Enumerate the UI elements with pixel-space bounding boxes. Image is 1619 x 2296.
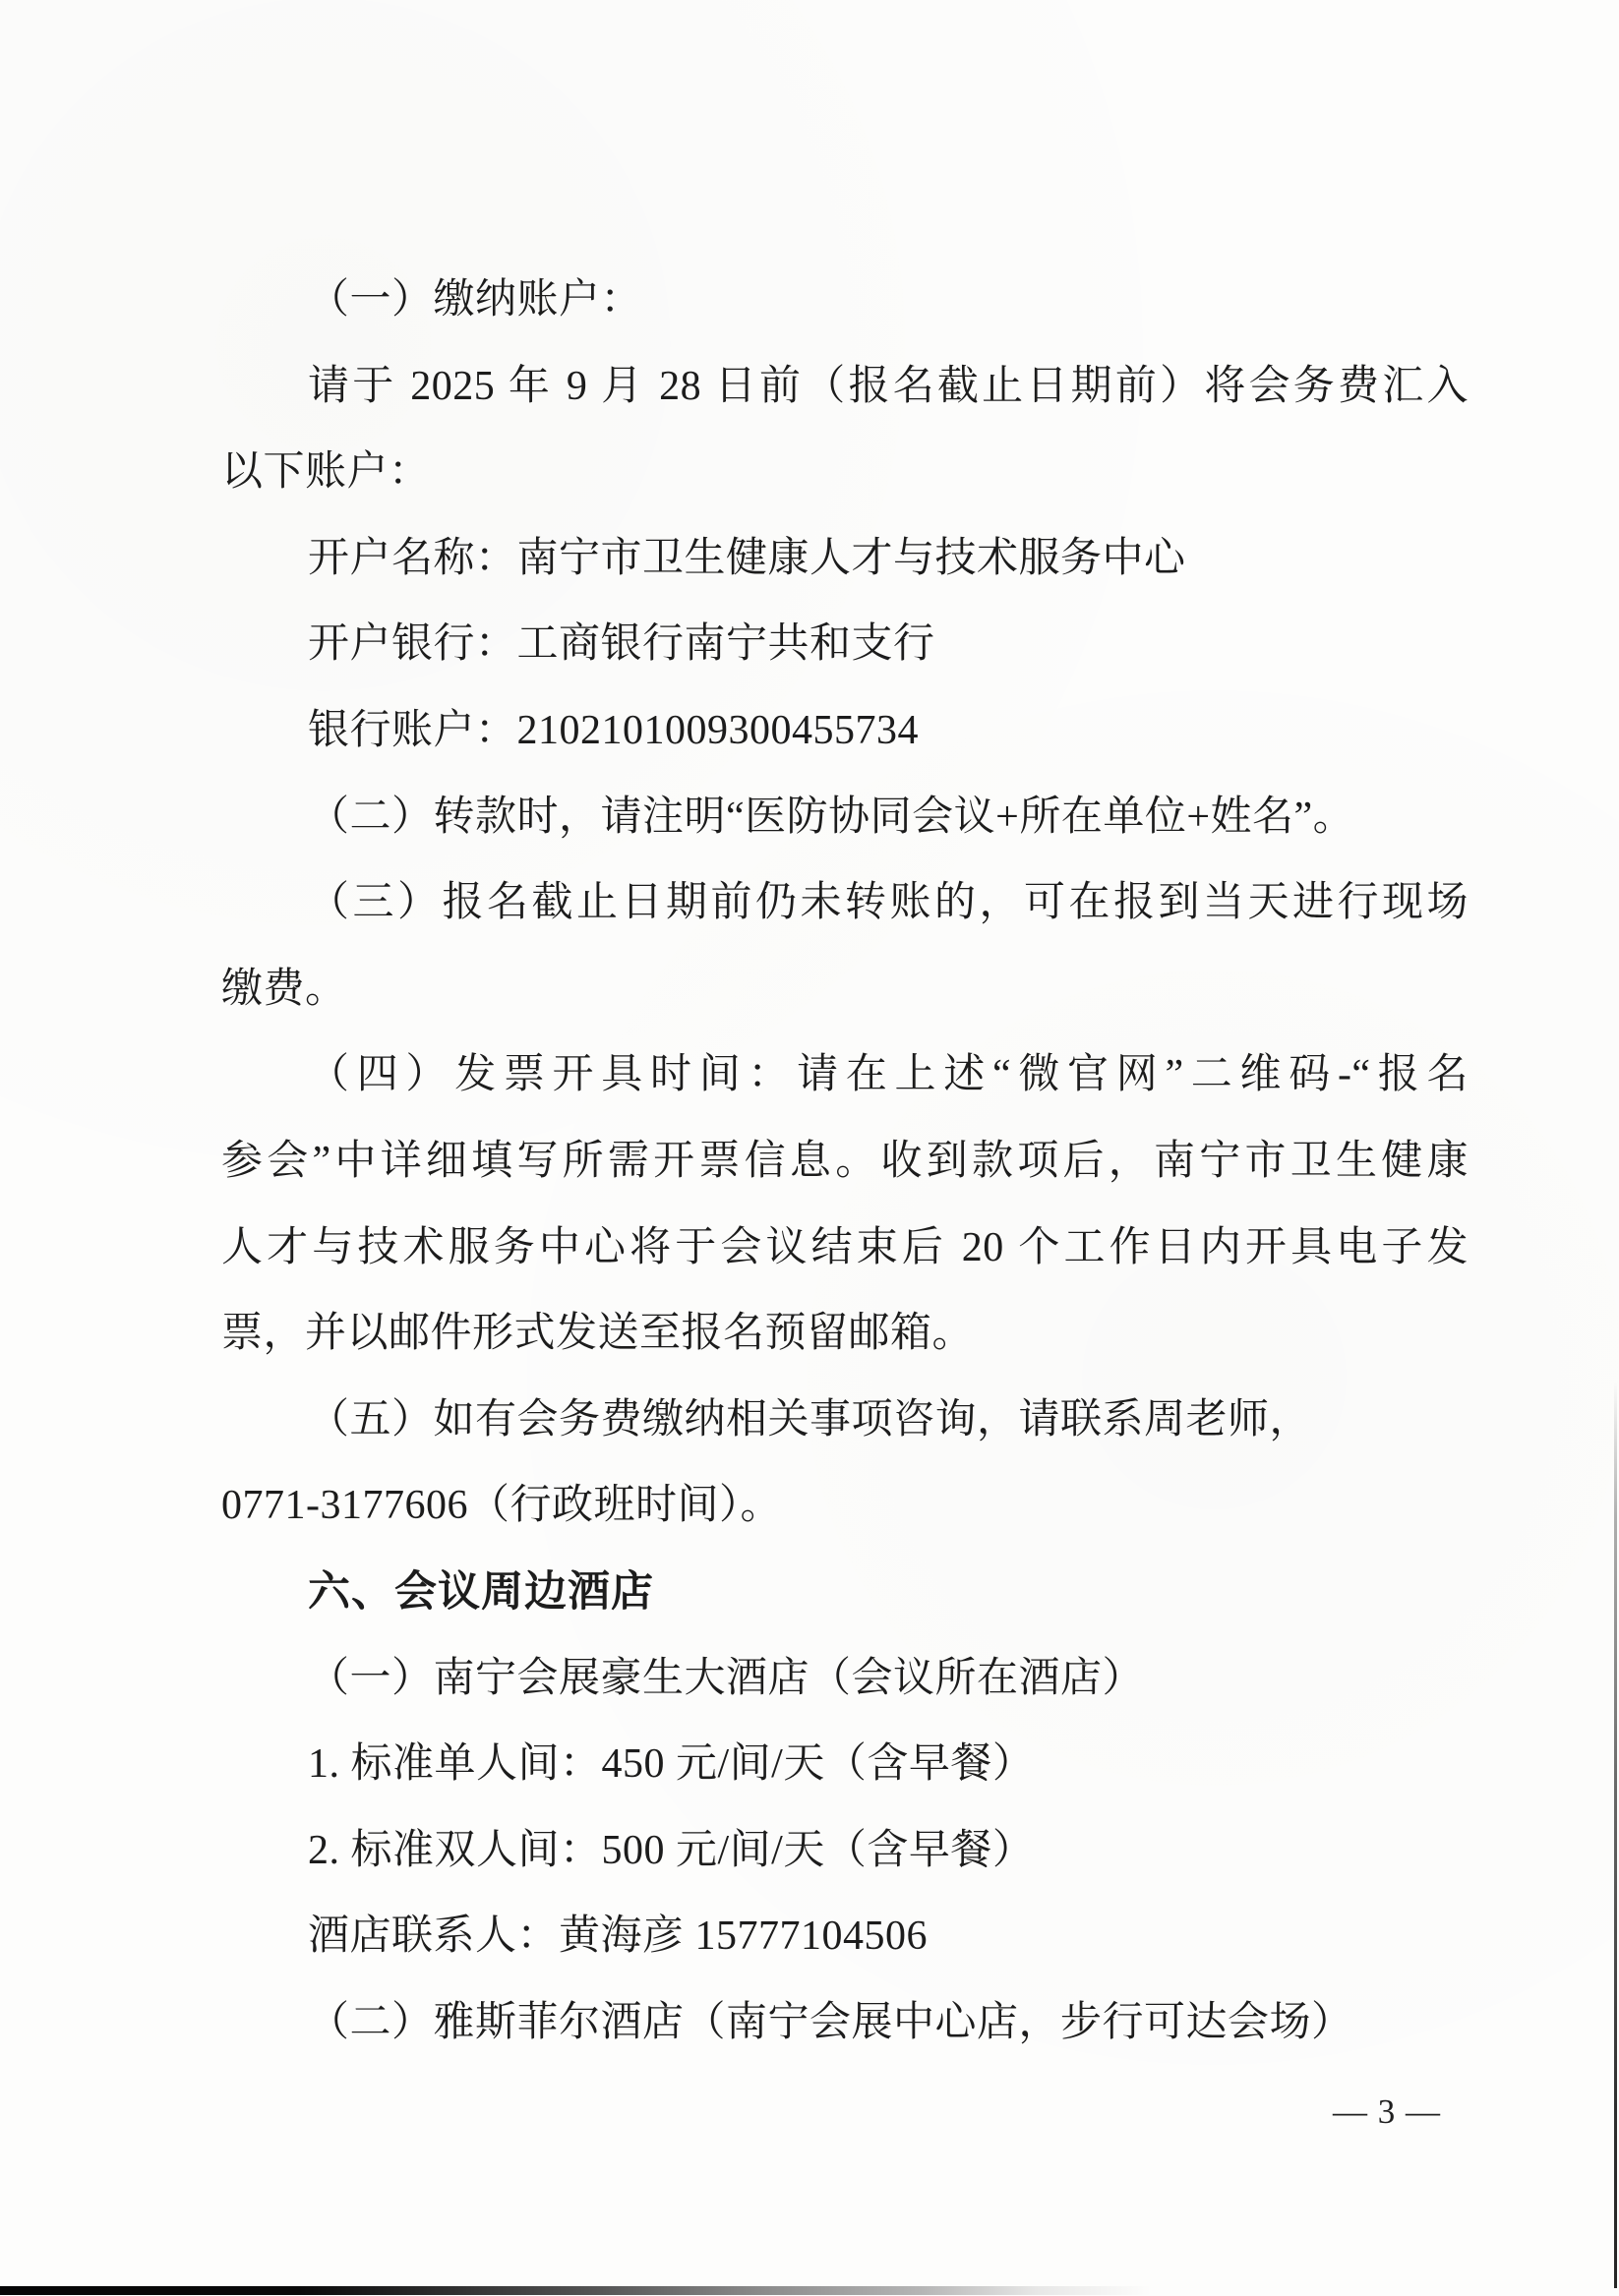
document-page: （一）缴纳账户：请于 2025 年 9 月 28 日前（报名截止日期前）将会务费… <box>0 0 1619 2296</box>
document-line: 银行账户：2102101009300455734 <box>221 688 1469 775</box>
document-line: 缴费。 <box>221 947 1469 1033</box>
document-line: （二）转款时，请注明“医防协同会议+所在单位+姓名”。 <box>221 775 1469 861</box>
document-line: 1. 标准单人间：450 元/间/天（含早餐） <box>221 1722 1469 1808</box>
document-line: （一）南宁会展豪生大酒店（会议所在酒店） <box>221 1636 1469 1723</box>
scan-artifact-bottom-bar <box>0 2286 1151 2295</box>
document-line: （四）发票开具时间：请在上述“微官网”二维码-“报名 <box>221 1032 1469 1119</box>
document-line: 以下账户： <box>221 430 1469 516</box>
document-line: 参会”中详细填写所需开票信息。收到款项后，南宁市卫生健康 <box>221 1119 1469 1206</box>
document-line: 0771-3177606（行政班时间）。 <box>221 1463 1469 1550</box>
page-number: — 3 — <box>1318 2090 1456 2134</box>
document-line: 请于 2025 年 9 月 28 日前（报名截止日期前）将会务费汇入 <box>221 344 1469 431</box>
document-line: （一）缴纳账户： <box>221 258 1469 344</box>
document-line: 开户银行：工商银行南宁共和支行 <box>221 602 1469 688</box>
document-line: （三）报名截止日期前仍未转账的，可在报到当天进行现场 <box>221 860 1469 947</box>
document-line: 酒店联系人：黄海彦 15777104506 <box>221 1894 1469 1980</box>
scan-artifact-right-edge-line <box>1614 1382 1617 2288</box>
document-line: 人才与技术服务中心将于会议结束后 20 个工作日内开具电子发 <box>221 1206 1469 1292</box>
document-line: 2. 标准双人间：500 元/间/天（含早餐） <box>221 1808 1469 1895</box>
document-body: （一）缴纳账户：请于 2025 年 9 月 28 日前（报名截止日期前）将会务费… <box>221 258 1469 2066</box>
document-line: （二）雅斯菲尔酒店（南宁会展中心店，步行可达会场） <box>221 1980 1469 2067</box>
document-line: 票，并以邮件形式发送至报名预留邮箱。 <box>221 1291 1469 1378</box>
document-line: （五）如有会务费缴纳相关事项咨询，请联系周老师， <box>221 1378 1469 1464</box>
document-line: 开户名称：南宁市卫生健康人才与技术服务中心 <box>221 516 1469 603</box>
section-heading: 六、会议周边酒店 <box>221 1550 1469 1636</box>
